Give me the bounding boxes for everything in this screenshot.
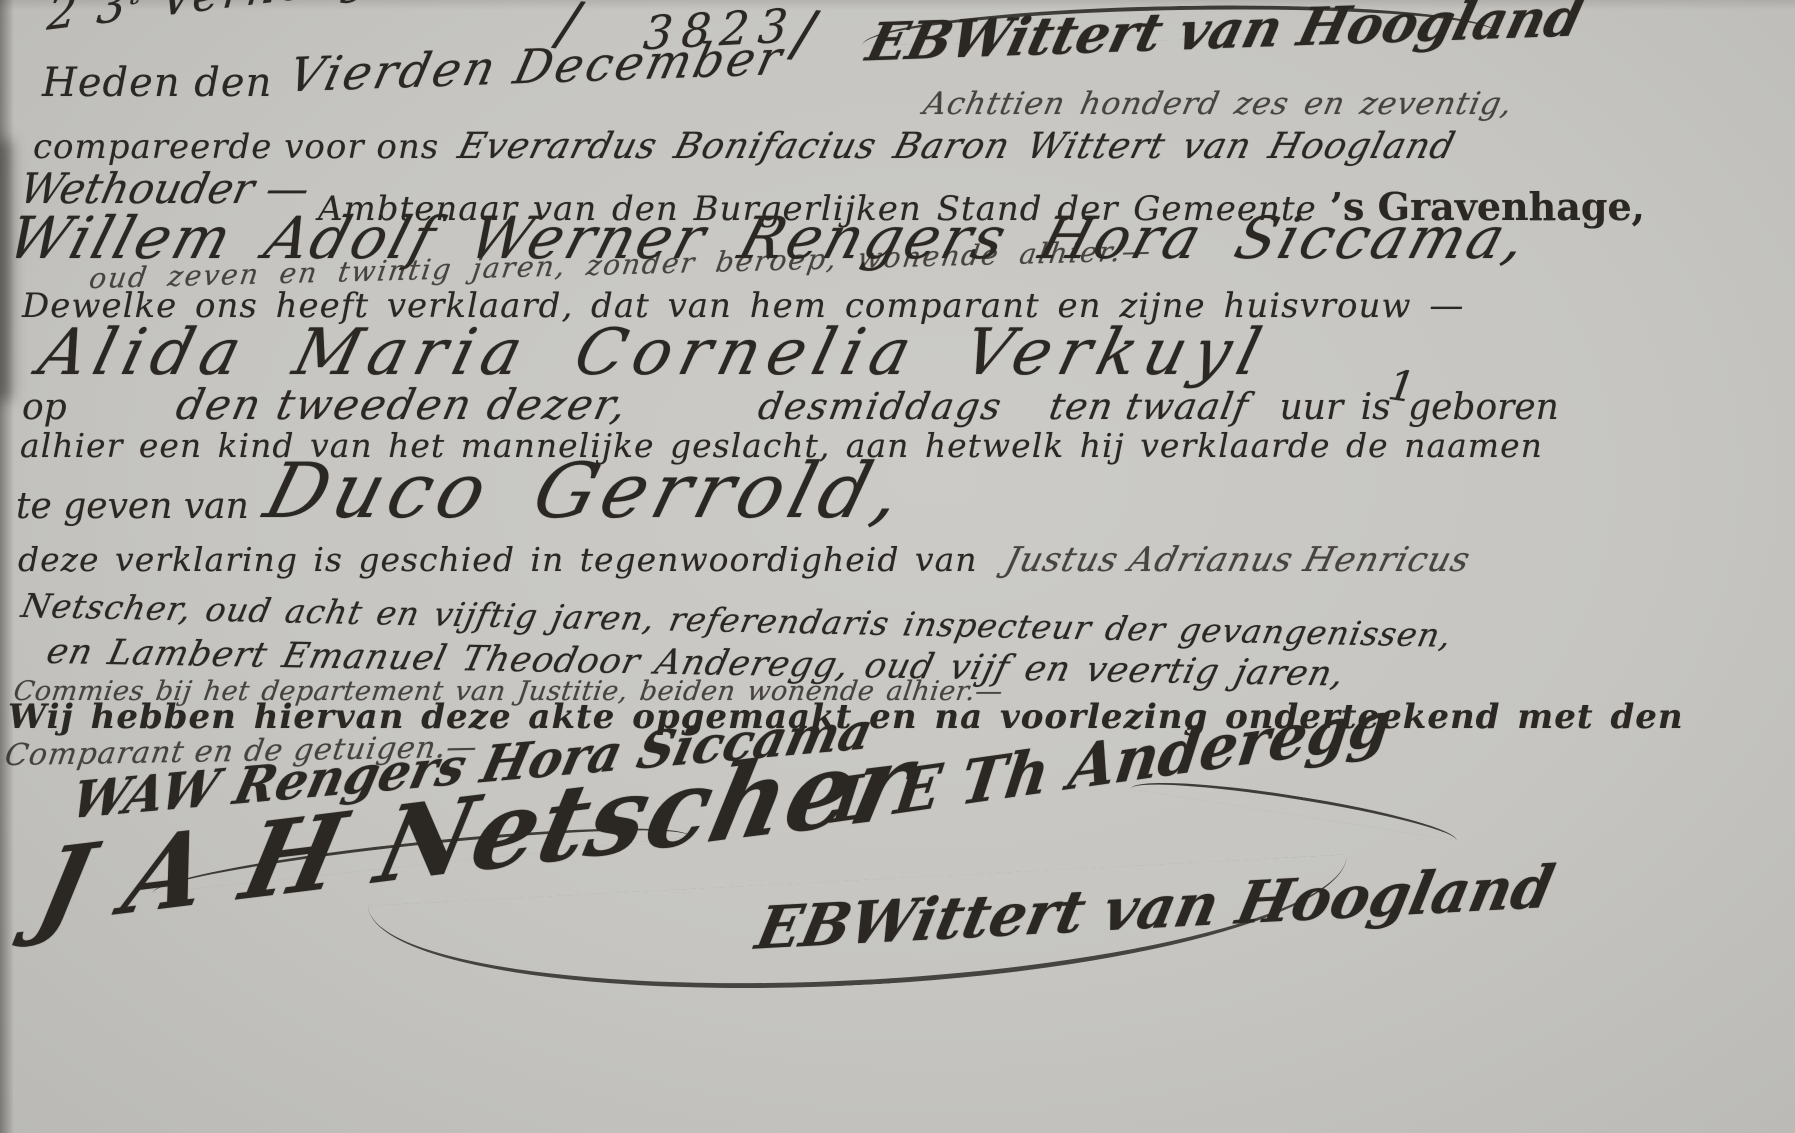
birth-time-part2: ten twaalf <box>1046 385 1252 428</box>
heden-label: Heden den <box>42 60 272 106</box>
margin-annotation: 2 3ᵗ Verhoogd <box>45 0 407 41</box>
child-name: Duco Gerrold, <box>256 446 917 535</box>
mother-name: Alida Maria Cornelia Verkuyl <box>32 316 1276 390</box>
witness-intro-line: deze verklaring is geschied in tegenwoor… <box>18 540 1464 580</box>
birth-suffix: uur is geboren <box>1280 387 1559 428</box>
te-geven-label: te geven van <box>16 486 249 527</box>
date-written: Vierden December <box>283 31 790 104</box>
birth-day: den tweeden dezer, <box>172 380 633 429</box>
birth-time-part1: desmiddags <box>755 385 1006 428</box>
op-label: op <box>22 387 67 428</box>
year-written: Achttien honderd zes en zeventig, <box>920 86 1516 122</box>
witness-intro: deze verklaring is geschied in tegenwoor… <box>18 540 978 579</box>
compareerde-label: compareerde voor ons <box>33 127 439 167</box>
witness1-names: Justus Adrianus Henricus <box>1001 540 1475 580</box>
signature-registrar-top: EBWittert van Hoogland <box>861 0 1590 74</box>
tally-slash-2: / <box>791 0 817 70</box>
birth-line: op den tweeden dezer, desmiddags ten twa… <box>22 380 1559 429</box>
compareerde-line: compareerde voor ons Everardus Bonifaciu… <box>33 126 1450 167</box>
birth-record-scan: 2 3ᵗ Verhoogd / 3823 / EBWittert van Hoo… <box>0 0 1795 1133</box>
official-name: Everardus Bonifacius Baron Wittert van H… <box>454 126 1460 167</box>
